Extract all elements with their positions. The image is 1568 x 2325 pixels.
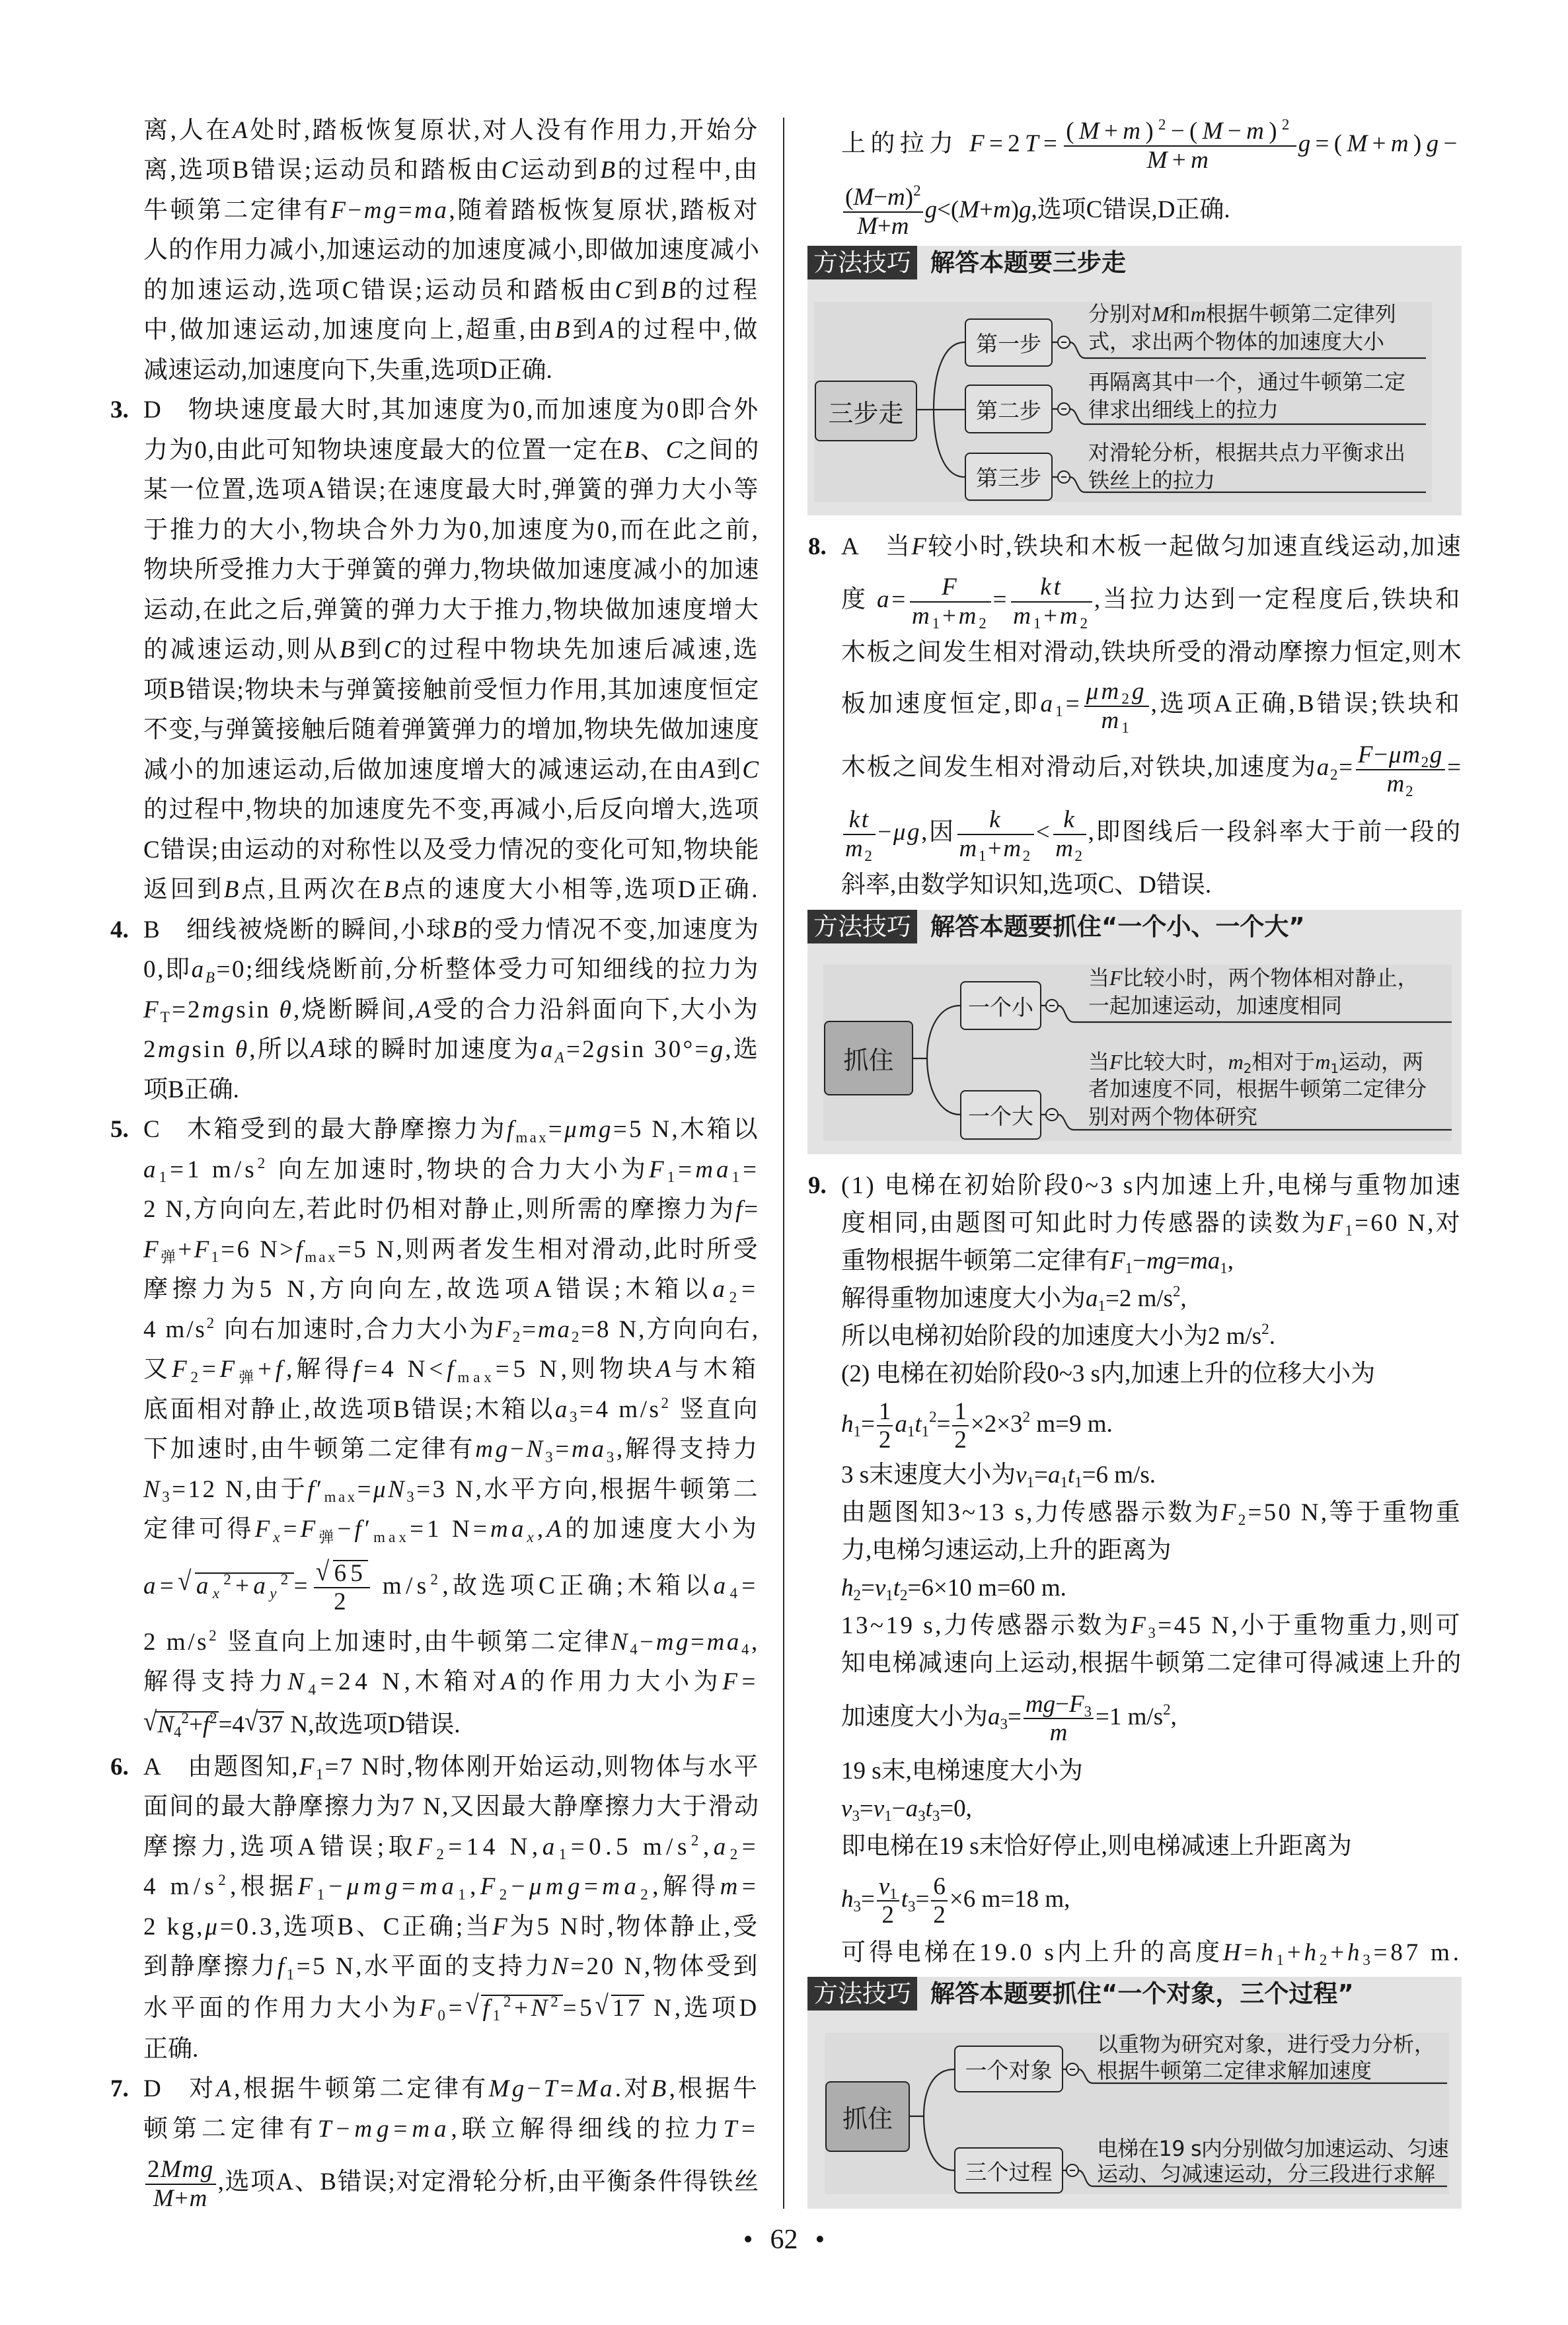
superscript: 2 (691, 1832, 703, 1849)
text-run: 3 (545, 1449, 555, 1465)
text-run: =87 m. (1374, 1939, 1462, 1966)
text-run: = (916, 1886, 930, 1913)
line-text: v3=v1−a3t3=0, (841, 1790, 972, 1827)
subscript: 1 (1060, 1474, 1067, 1491)
line-text: h1=12a1t12=12×2×32 m=9 m. (841, 1393, 1113, 1456)
subscript: 3 (918, 1808, 925, 1824)
math-variable: N (287, 1668, 308, 1695)
square-root: √65 (316, 1560, 368, 1587)
text-line: 到静摩擦力f1=5 N,水平面的支持力N=20 N,物体受到 (143, 1947, 760, 1987)
radical-sign: √ (595, 1982, 612, 2030)
math-variable: m (1050, 1719, 1068, 1746)
text-run: 2 (218, 1872, 230, 1888)
math-variable: a (143, 1572, 160, 1600)
line-text: 的减速运动,则从B到C的过程中物块先加速后减速,选 (143, 630, 760, 671)
text-run: 3 (570, 1409, 579, 1425)
answer-item-7: 7.D对A,根据牛顿第二定律有Mg−T=Ma.对B,根据牛 顿第二定律有T−mg… (143, 2069, 760, 2215)
math-variable: C (501, 157, 519, 184)
text-run: 2 m/s (143, 1629, 209, 1656)
math-variable: a (877, 586, 891, 613)
text-run: 离,选项B错误;运动员和踏板由 (143, 157, 501, 184)
text-run: 到 (357, 636, 384, 663)
text-run: 之间的 (683, 437, 760, 464)
line-text: 力,电梯匀速运动,上升的距离为 (841, 1532, 1172, 1569)
text-line: h3=v12t3=62×6 m=18 m, (841, 1865, 1462, 1934)
math-variable: B (652, 2075, 669, 2102)
answer-item-6: 6.A由题图知,F1=7 N时,物体刚开始运动,则物体与水平 面间的最大静摩擦力… (143, 1748, 760, 2070)
text-run: 减速运动,加速度向下,失重,选项D正确. (143, 357, 552, 384)
text-run: = (398, 197, 414, 224)
text-run: 和 (1170, 301, 1191, 326)
text-run: = (560, 2075, 577, 2102)
line-text: 19 s末,电梯速度大小为 (841, 1752, 1083, 1790)
text-line: 板加速度恒定,即a1=μm2gm1,选项A正确,B错误;铁块和 (841, 673, 1462, 736)
subscript: 弹 (318, 1529, 337, 1545)
text-run: 一起加速运动，加速度相同 (1088, 993, 1342, 1018)
subscript: 4 (741, 1641, 751, 1658)
text-line: 返回到B点,且两次在B点的速度大小相等,选项D正确. (143, 870, 760, 910)
subscript: 1 (1277, 1952, 1287, 1968)
line-text: B细线被烧断的瞬间,小球B的受力情况不变,加速度为 (143, 910, 760, 951)
text-run: ( (1066, 118, 1079, 145)
text-run: 2 (1075, 848, 1084, 864)
math-variable: F (298, 1873, 317, 1900)
text-run: 木箱受到的最大静摩擦力为 (187, 1116, 507, 1143)
mind-map-note-line: 对滑轮分析，根据共点力平衡求出 (1088, 439, 1426, 466)
line-text: 上的拉力 F=2T=(M+m)2−(M−m)2M+mg=(M+m)g− (841, 111, 1462, 177)
text-run: ( (845, 184, 853, 211)
math-variable: m (912, 603, 932, 630)
text-run: 1 (159, 1169, 170, 1185)
text-run: 1 (889, 1886, 897, 1902)
text-run: 2 (223, 1571, 235, 1588)
math-variable: f (296, 1236, 305, 1263)
math-variable: ma (572, 1436, 607, 1463)
fraction-denominator: 2 (877, 1900, 899, 1929)
line-text: 离,选项B错误;运动员和踏板由C运动到B的过程中,由 (143, 151, 760, 191)
text-run: ,选项A正确,B错误;铁块和 (1151, 690, 1462, 718)
text-line: 7.D对A,根据牛顿第二定律有Mg−T=Ma.对B,根据牛 (143, 2069, 760, 2110)
text-run: 的过程中物块先加速后减速,选 (402, 636, 760, 663)
line-text: 即电梯在19 s末恰好停止,则电梯减速上升距离为 (841, 1827, 1352, 1865)
math-variable: F (1109, 966, 1123, 990)
math-variable: v (1016, 1461, 1026, 1489)
text-run: . (1269, 1323, 1275, 1350)
fraction-numerator: 1 (952, 1398, 969, 1425)
text-run: = (402, 1873, 420, 1900)
math-variable: A (311, 1036, 328, 1063)
text-run: 2 (1238, 1512, 1248, 1528)
text-run: =12 N,由于 (172, 1476, 307, 1503)
math-variable: B (205, 969, 217, 986)
text-line: 度相同,由题图可知此时力传感器的读数为F1=60 N,对 (841, 1204, 1462, 1242)
text-line: 木板之间发生相对滑动后,对铁块,加速度为a2=F−μm2gm2= (841, 736, 1462, 799)
text-run: 又 (143, 1356, 172, 1383)
math-variable: a (196, 1572, 213, 1600)
math-variable: F (1110, 1247, 1125, 1274)
math-variable: m (845, 835, 864, 862)
text-run: 的减速运动,则从 (143, 636, 340, 663)
text-run: 当 (1088, 965, 1109, 990)
math-variable: B (661, 277, 679, 304)
text-line: 又F2=F弹+f,解得f=4 N<fmax=5 N,则物块A与木箱 (143, 1350, 760, 1390)
superscript: 2 (913, 182, 920, 199)
text-run: = (937, 1411, 951, 1438)
text-run: − (348, 197, 363, 224)
text-run: 2 (572, 1329, 581, 1345)
text-run: =2 (566, 1036, 597, 1063)
mind-map-node: 第一步 (965, 318, 1053, 367)
mind-map-node: 第三步 (965, 453, 1053, 501)
math-variable: F (1109, 1050, 1123, 1074)
text-run: 2 N,方向向左,若此时仍相对静止,则所需的摩擦力为 (143, 1196, 735, 1223)
line-text: A由题图知,F1=7 N时,物体刚开始运动,则物体与水平 (143, 1748, 760, 1788)
text-line: 4.B细线被烧断的瞬间,小球B的受力情况不变,加速度为 (143, 910, 760, 951)
text-run: 度相同,由题图可知此时力传感器的读数为 (841, 1210, 1328, 1237)
subscript: 2 (513, 1329, 522, 1345)
subscript: 1 (458, 1886, 470, 1903)
mind-map-note-line: 一起加速运动，加速度相同 (1088, 992, 1450, 1019)
math-variable: a (541, 1036, 555, 1063)
math-variable: m (1101, 707, 1121, 734)
subscript: 2 (1320, 1952, 1330, 1968)
text-run: 1 (1220, 1260, 1227, 1276)
math-variable: a (714, 1572, 730, 1600)
text-run: + (514, 1995, 531, 2022)
fraction-denominator: m1 (1084, 706, 1149, 734)
math-variable: F (722, 1668, 741, 1695)
text-run: 1 (559, 1846, 571, 1863)
text-run: 定律可得 (143, 1516, 255, 1543)
math-variable: μ (205, 1913, 219, 1940)
math-variable: g (711, 1036, 726, 1063)
line-text: 式，求出两个物体的加速度大小 (1088, 328, 1384, 355)
item-number: 6. (110, 1748, 129, 1788)
text-run: 向右加速时,合力大小为 (216, 1316, 496, 1343)
text-run: − (892, 1795, 906, 1822)
text-run: ,解得 (286, 1356, 353, 1383)
text-run: = (202, 1356, 220, 1383)
subscript: 2 (729, 1289, 741, 1306)
text-line: 0,即aB=0;细线烧断前,分析整体受力可知细线的拉力为 (143, 950, 760, 990)
math-variable: A (233, 117, 250, 144)
text-run: = (741, 2116, 760, 2143)
text-run: =3 N,水平方向,根据牛顿第二 (416, 1476, 760, 1503)
math-variable: f (278, 1953, 287, 1980)
line-text: D物块速度最大时,其加速度为0,而加速度为0即合外 (143, 390, 760, 431)
math-variable: B (624, 437, 640, 464)
collapse-icon (1046, 1000, 1058, 1012)
text-line: 上的拉力 F=2T=(M+m)2−(M−m)2M+mg=(M+m)g− (841, 111, 1462, 177)
line-body: 细线被烧断的瞬间,小球B的受力情况不变,加速度为 (186, 916, 760, 943)
text-run: 再隔离其中一个，通过牛顿第二定 (1088, 369, 1405, 394)
subscript: 3 (162, 1489, 172, 1505)
math-variable: h (1261, 1939, 1276, 1966)
text-line: 顿第二定律有T−mg=ma,联立解得细线的拉力T= (143, 2110, 760, 2150)
answer-item-5: 5.C木箱受到的最大静摩擦力为fmax=μmg=5 N,木箱以 a1=1 m/s… (143, 1110, 760, 1748)
line-text: 物块所受推力大于弹簧的弹力,物块做加速度减小的加速 (143, 550, 760, 591)
math-variable: m (993, 196, 1011, 223)
mind-map-root: 三步走 (815, 381, 917, 441)
math-variable: ma (602, 1873, 640, 1900)
math-variable: Mg (489, 2075, 527, 2102)
subscript: 3 (932, 1808, 940, 1824)
math-variable: F (1221, 1499, 1238, 1526)
text-run: 1 (979, 848, 988, 864)
text-run: =7 N时,物体刚开始运动,则物体与水平 (325, 1753, 760, 1781)
math-variable: k (989, 806, 1002, 833)
math-variable: mg (1146, 1247, 1176, 1274)
text-line: 3.D物块速度最大时,其加速度为0,而加速度为0即合外 (143, 390, 760, 431)
math-variable: F (330, 197, 348, 224)
text-run: =5 N,则两者发生相对滑动,此时所受 (338, 1236, 760, 1263)
line-text: 2 N,方向向左,若此时仍相对静止,则所需的摩擦力为f= (143, 1190, 760, 1230)
subscript: T (161, 1009, 172, 1025)
text-run: =8 N,方向向右, (581, 1316, 760, 1343)
text-run: 65 (334, 1560, 367, 1587)
line-text: D对A,根据牛顿第二定律有Mg−T=Ma.对B,根据牛 (143, 2069, 760, 2110)
text-run: =14 N, (448, 1833, 542, 1861)
text-run: 2 (900, 1587, 907, 1604)
text-run: ′ (365, 1516, 373, 1543)
text-run: 3 (162, 1489, 172, 1505)
math-variable: a (906, 1795, 918, 1822)
text-run: 加速度大小为 (841, 1703, 988, 1730)
text-run: m/s (372, 1572, 430, 1600)
math-variable: ma (1190, 1247, 1220, 1274)
text-run: ,选 (725, 1036, 760, 1063)
line-text: 分别对M和m根据牛顿第二定律列 (1088, 300, 1396, 328)
text-run: 4 m/s (143, 1316, 207, 1343)
text-run: =1 m/s (170, 1156, 258, 1183)
fraction: (M−m)2M+m (843, 184, 923, 240)
text-run: 分别对 (1088, 301, 1152, 326)
text-line: 可得电梯在19.0 s内上升的高度H=h1+h2+h3=87 m. (841, 1934, 1462, 1972)
subscript: 1 (1098, 1298, 1105, 1314)
line-text: 运动、匀减速运动，分三段进行求解 (1097, 2160, 1435, 2188)
fraction-numerator: k (957, 806, 1034, 833)
math-variable: a (1048, 1461, 1061, 1489)
subscript: 1 (854, 1423, 861, 1440)
math-variable: x (273, 1529, 283, 1545)
page-number: 62 (0, 2221, 1568, 2258)
math-variable: B (224, 876, 241, 903)
fraction: √652 (314, 1560, 370, 1616)
line-text: 当F比较小时，两个物体相对静止， (1088, 964, 1419, 992)
square-root: √N42+f2 (143, 1703, 219, 1748)
math-variable: a (1040, 690, 1055, 718)
text-run: =2 (172, 996, 202, 1023)
text-run: 3 (918, 1808, 925, 1824)
answer-choice: A (841, 533, 860, 560)
text-run: = (548, 1116, 564, 1143)
text-run: ,选项C错误,D正确. (1031, 196, 1230, 223)
text-run: 2 (882, 1901, 895, 1929)
method-tip-box-small-large: 方法技巧 解答本题要抓住“一个小、一个大” 抓住 一个小 一个大 当F比较小时，… (807, 910, 1462, 1154)
text-line: 2mgsin θ,所以A球的瞬时加速度为aA=2gsin 30°=g,选 (143, 1030, 760, 1070)
fraction-numerator: √65 (314, 1560, 370, 1587)
math-variable: mg (475, 1436, 510, 1463)
line-text: 减小的加速运动,后做加速度增大的减速运动,在由A到C (143, 751, 760, 791)
text-run: 的过程中,由 (618, 157, 761, 184)
math-variable: a (192, 956, 205, 983)
line-text: 斜率,由数学知识知,选项C、D错误. (841, 866, 1211, 905)
text-run: ,即图线后一段斜率大于前一段的 (1088, 819, 1462, 846)
math-variable: m (959, 835, 979, 862)
mind-map-node: 一个对象 (954, 2046, 1063, 2092)
text-run: sin (192, 1036, 235, 1063)
text-run: 下加速时,由牛顿第二定律有 (143, 1436, 475, 1463)
math-variable: F (942, 573, 959, 601)
text-line: 下加速时,由牛顿第二定律有mg−N3=ma3,解得支持力 (143, 1430, 760, 1470)
line-text: h2=v1t2=6×10 m=60 m. (841, 1569, 1066, 1607)
math-variable: F (911, 533, 928, 560)
answer-choice: D (143, 396, 163, 424)
subscript: 1 (1220, 1260, 1227, 1276)
line-text: 项B错误;物块未与弹簧接触前受恒力作用,其加速度恒定 (143, 671, 760, 711)
fraction-denominator: m1+m2 (957, 834, 1034, 862)
text-run: 1 (317, 1886, 329, 1903)
radicand: 65 (333, 1560, 369, 1587)
text-run: 3 (1084, 1703, 1092, 1720)
text-run: 3 s末速度大小为 (841, 1461, 1016, 1489)
text-run: , (751, 1629, 760, 1656)
text-line: 项B正确. (143, 1070, 760, 1111)
text-run: ,故选项C正确;木箱以 (442, 1572, 713, 1600)
text-run: − (336, 2116, 354, 2143)
superscript: 2 (218, 1872, 230, 1888)
text-run: .对 (615, 2075, 652, 2102)
text-line: 力为0,由此可知物块速度最大的位置一定在B、C之间的 (143, 431, 760, 471)
text-run: 项B正确. (143, 1076, 239, 1103)
text-run: 律求出细线上的拉力 (1088, 397, 1279, 422)
radical-sign: √ (143, 1697, 157, 1748)
left-column: 离,人在A处时,踏板恢复原状,对人没有作用力,开始分 离,选项B错误;运动员和踏… (143, 111, 760, 2216)
text-run: ×6 m=18 m, (950, 1886, 1070, 1913)
line-text: 度 a=Fm1+m2=ktm1+m2,当拉力达到一定程度后,铁块和 (841, 567, 1462, 633)
math-variable: M (1152, 302, 1170, 326)
text-run: 2 (1421, 754, 1430, 770)
text-line: FT=2mgsin θ,烧断瞬间,A受的合力沿斜面向下,大小为 (143, 990, 760, 1031)
text-run: max (457, 1369, 495, 1385)
text-run: 处时,踏板恢复原状,对人没有作用力,开始分 (250, 117, 760, 144)
text-line: 加速度大小为a3=mg−F3m=1 m/s2, (841, 1682, 1462, 1752)
line-text: 的过程中,物块的加速度先不变,再减小,后反向增大,选项 (143, 790, 760, 830)
text-line: 4 m/s2,根据F1−μmg=ma1,F2−μmg=ma2,解得m= (143, 1867, 760, 1907)
text-run: = (742, 1833, 760, 1861)
text-run: 1 (1060, 1474, 1067, 1491)
text-run: 1 (211, 1249, 221, 1265)
math-variable: μg (893, 819, 921, 846)
math-variable: f (735, 1196, 744, 1223)
math-variable: t (915, 1411, 921, 1438)
math-variable: x (213, 1585, 224, 1602)
text-run: + (979, 196, 993, 223)
fraction-denominator: M+m (843, 211, 923, 240)
math-variable: a (143, 1156, 159, 1183)
mind-map-note-line: 运动、匀减速运动，分三段进行求解 (1097, 2160, 1448, 2188)
text-run: 点的速度大小相等,选项D正确. (401, 876, 760, 903)
text-line: 13~19 s,力传感器示数为F3=45 N,小于重物重力,则可 (841, 1607, 1462, 1644)
math-variable: F (1131, 1612, 1148, 1639)
mind-map-root: 抓住 (824, 1021, 913, 1095)
line-text: 人的作用力减小,加速运动的加速度减小,即做加速度减小 (143, 231, 760, 271)
line-text: 所以电梯初始阶段的加速度大小为2 m/s2. (841, 1317, 1275, 1355)
math-variable: B (600, 157, 617, 184)
text-run: 1 (1027, 1474, 1034, 1491)
text-run: =60 N,对 (1355, 1210, 1462, 1237)
subscript: x (273, 1529, 283, 1545)
mind-map-note-line: 电梯在19 s内分别做匀加速运动、匀速 (1097, 2135, 1448, 2162)
text-run: = (294, 1572, 312, 1600)
math-variable: M (1203, 118, 1228, 145)
subscript: 1 (1055, 703, 1066, 720)
text-line: 牛顿第二定律有F−mg=ma,随着踏板恢复原状,踏板对 (143, 191, 760, 231)
math-variable: ma (707, 1629, 741, 1656)
answer-item-3: 3.D物块速度最大时,其加速度为0,而加速度为0即合外 力为0,由此可知物块速度… (143, 390, 760, 910)
text-run: 17 (613, 1995, 644, 2022)
subscript: A (555, 1049, 566, 1066)
method-tip-box-one-object-three-processes: 方法技巧 解答本题要抓住“一个对象，三个过程” 抓住 一个对象 三个过程 以重物… (807, 1977, 1462, 2209)
text-run: = (357, 1476, 373, 1503)
superscript: 2 (209, 1710, 217, 1726)
fraction: 62 (931, 1873, 948, 1929)
math-variable: g (925, 196, 938, 223)
math-variable: m (1246, 118, 1269, 145)
text-run: − (1055, 1691, 1069, 1718)
method-tip-box-three-steps: 方法技巧 解答本题要三步走 三步走 第一步 第二步 第三步 分别对M和m根据牛顿… (807, 246, 1462, 515)
line-text: 以重物为研究对象，进行受力分析， (1097, 2030, 1435, 2058)
text-run: 3 (854, 1898, 861, 1915)
text-run: 比较小时，两个物体相对静止， (1123, 965, 1419, 990)
math-variable: A (656, 1356, 675, 1383)
subscript: 1 (884, 1808, 891, 1824)
math-variable: B (384, 876, 401, 903)
math-variable: H (1223, 1939, 1244, 1966)
line-text: 力为0,由此可知物块速度最大的位置一定在B、C之间的 (143, 431, 760, 471)
text-run: + (1043, 603, 1060, 630)
text-run: + (1287, 1939, 1304, 1966)
text-run: 重物根据牛顿第二定律有 (841, 1247, 1110, 1274)
line-text: 的加速运动,选项C错误;运动员和踏板由C到B的过程 (143, 271, 760, 311)
math-variable: N (527, 1436, 545, 1463)
text-run: 3 (1363, 1952, 1373, 1968)
text-run: + (258, 1356, 276, 1383)
text-run: + (178, 1236, 194, 1263)
text-run: 3 (1148, 1625, 1158, 1641)
text-run: m=9 m. (1030, 1411, 1113, 1438)
text-run: 2 (1121, 690, 1132, 707)
math-variable: T (724, 2116, 742, 2143)
subscript: 1 (1027, 1474, 1034, 1491)
text-run: = (743, 1156, 760, 1183)
math-variable: a (555, 1396, 570, 1423)
text-run: 别对两个物体研究 (1088, 1104, 1257, 1129)
line-text: 木板之间发生相对滑动后,对铁块,加速度为a2=F−μm2gm2= (841, 736, 1462, 799)
text-run: − (877, 819, 893, 846)
text-run: 2 (431, 1571, 443, 1588)
text-run: 竖直向 (671, 1396, 761, 1423)
text-run: 2 (913, 182, 920, 199)
text-run: 1 (922, 1423, 929, 1440)
math-variable: F (143, 996, 161, 1023)
mind-map-node: 一个小 (960, 981, 1041, 1030)
math-variable: f (307, 1476, 317, 1503)
line-text: 中,做加速运动,加速度向上,超重,由B到A的过程中,做 (143, 311, 760, 351)
text-line: 2 m/s2 竖直向上加速时,由牛顿第二定律N4−mg=ma4, (143, 1623, 760, 1663)
text-run: + (988, 835, 1003, 862)
line-text: N3=12 N,由于f′max=μN3=3 N,水平方向,根据牛顿第二 (143, 1470, 760, 1510)
